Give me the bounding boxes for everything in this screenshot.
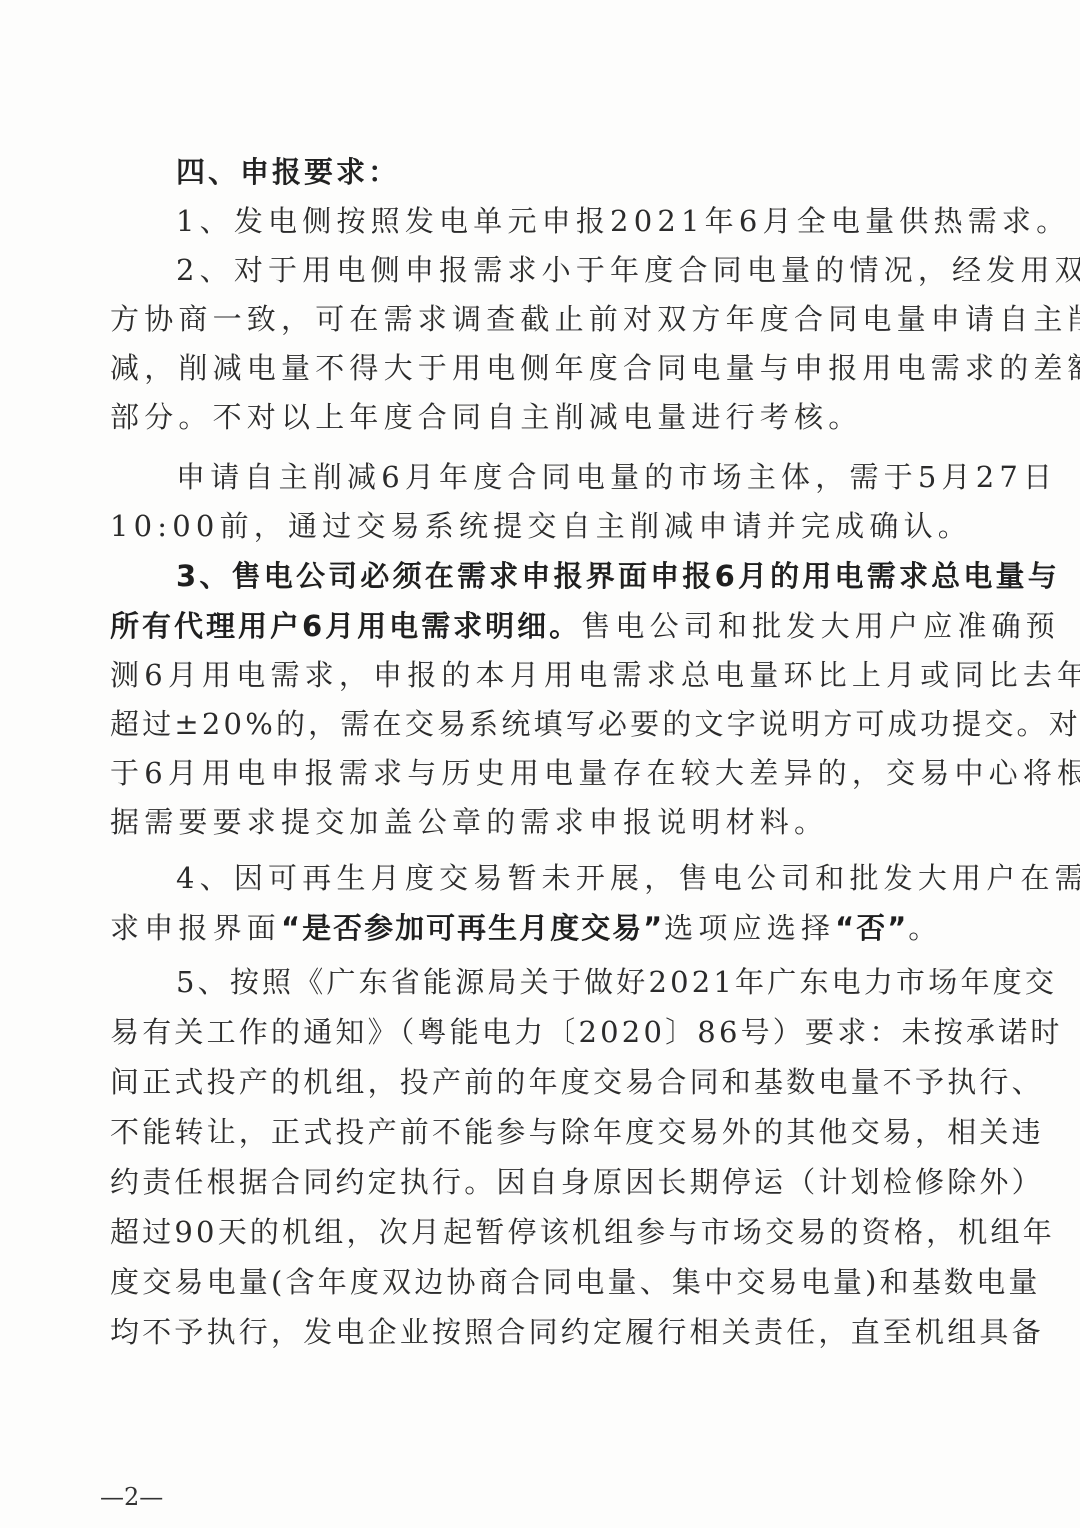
item-4-option-value: “否”	[835, 911, 908, 945]
item-5-line-5: 约责任根据合同约定执行。因自身原因长期停运（计划检修除外）	[110, 1162, 970, 1202]
item-2-para2-line-1: 申请自主削减6月年度合同电量的市场主体，需于5月27日	[176, 457, 1036, 497]
item-3-line-2: 所有代理用户6月用电需求明细。售电公司和批发大用户应准确预	[110, 606, 970, 646]
item-2-line-3: 减，削减电量不得大于用电侧年度合同电量与申报用电需求的差额	[110, 348, 970, 388]
item-3-line-3: 测6月用电需求，申报的本月用电需求总电量环比上月或同比去年	[110, 655, 970, 695]
item-4-line-2-end: 。	[908, 911, 942, 945]
item-5-line-6: 超过90天的机组，次月起暂停该机组参与市场交易的资格，机组年	[110, 1212, 970, 1252]
item-5-line-2: 易有关工作的通知》（粤能电力〔2020〕86号）要求：未按承诺时	[110, 1012, 970, 1052]
section-heading: 四、申报要求：	[176, 152, 1036, 192]
item-5-line-7: 度交易电量(含年度双边协商合同电量、集中交易电量)和基数电量	[110, 1262, 970, 1302]
page-number: —2—	[100, 1482, 163, 1512]
item-1-line-1: 1、发电侧按照发电单元申报2021年6月全电量供热需求。	[176, 201, 1036, 241]
item-3-line-2-rest: 售电公司和批发大用户应准确预	[581, 609, 1060, 643]
item-5-line-3: 间正式投产的机组，投产前的年度交易合同和基数电量不予执行、	[110, 1062, 970, 1102]
item-3-bold-line-2: 所有代理用户6月用电需求明细。	[110, 609, 581, 643]
item-3-bold-line-1: 3、售电公司必须在需求申报界面申报6月的用电需求总电量与	[176, 556, 1036, 596]
item-5-line-4: 不能转让，正式投产前不能参与除年度交易外的其他交易，相关违	[110, 1112, 970, 1152]
item-4-line-2-start: 求申报界面	[110, 911, 281, 945]
item-2-line-1: 2、对于用电侧申报需求小于年度合同电量的情况，经发用双	[176, 250, 1036, 290]
item-2-para2-line-2: 10:00前，通过交易系统提交自主削减申请并完成确认。	[110, 506, 970, 546]
item-2-line-2: 方协商一致，可在需求调查截止前对双方年度合同电量申请自主削	[110, 299, 970, 339]
item-3-line-5: 于6月用电申报需求与历史用电量存在较大差异的，交易中心将根	[110, 753, 970, 793]
item-3-line-4: 超过±20%的，需在交易系统填写必要的文字说明方可成功提交。对	[110, 704, 970, 744]
item-5-line-8: 均不予执行，发电企业按照合同约定履行相关责任，直至机组具备	[110, 1312, 970, 1352]
item-2-line-4: 部分。不对以上年度合同自主削减电量进行考核。	[110, 397, 970, 437]
item-4-line-1: 4、因可再生月度交易暂未开展，售电公司和批发大用户在需	[176, 858, 1036, 898]
item-3-line-6: 据需要要求提交加盖公章的需求申报说明材料。	[110, 802, 970, 842]
item-4-line-2-mid: 选项应选择	[664, 911, 835, 945]
item-4-option-name: “是否参加可再生月度交易”	[281, 911, 664, 945]
item-4-line-2: 求申报界面“是否参加可再生月度交易”选项应选择“否”。	[110, 908, 970, 948]
document-page: 四、申报要求： 1、发电侧按照发电单元申报2021年6月全电量供热需求。 2、对…	[0, 0, 1080, 1528]
item-5-line-1: 5、按照《广东省能源局关于做好2021年广东电力市场年度交	[176, 962, 1036, 1002]
